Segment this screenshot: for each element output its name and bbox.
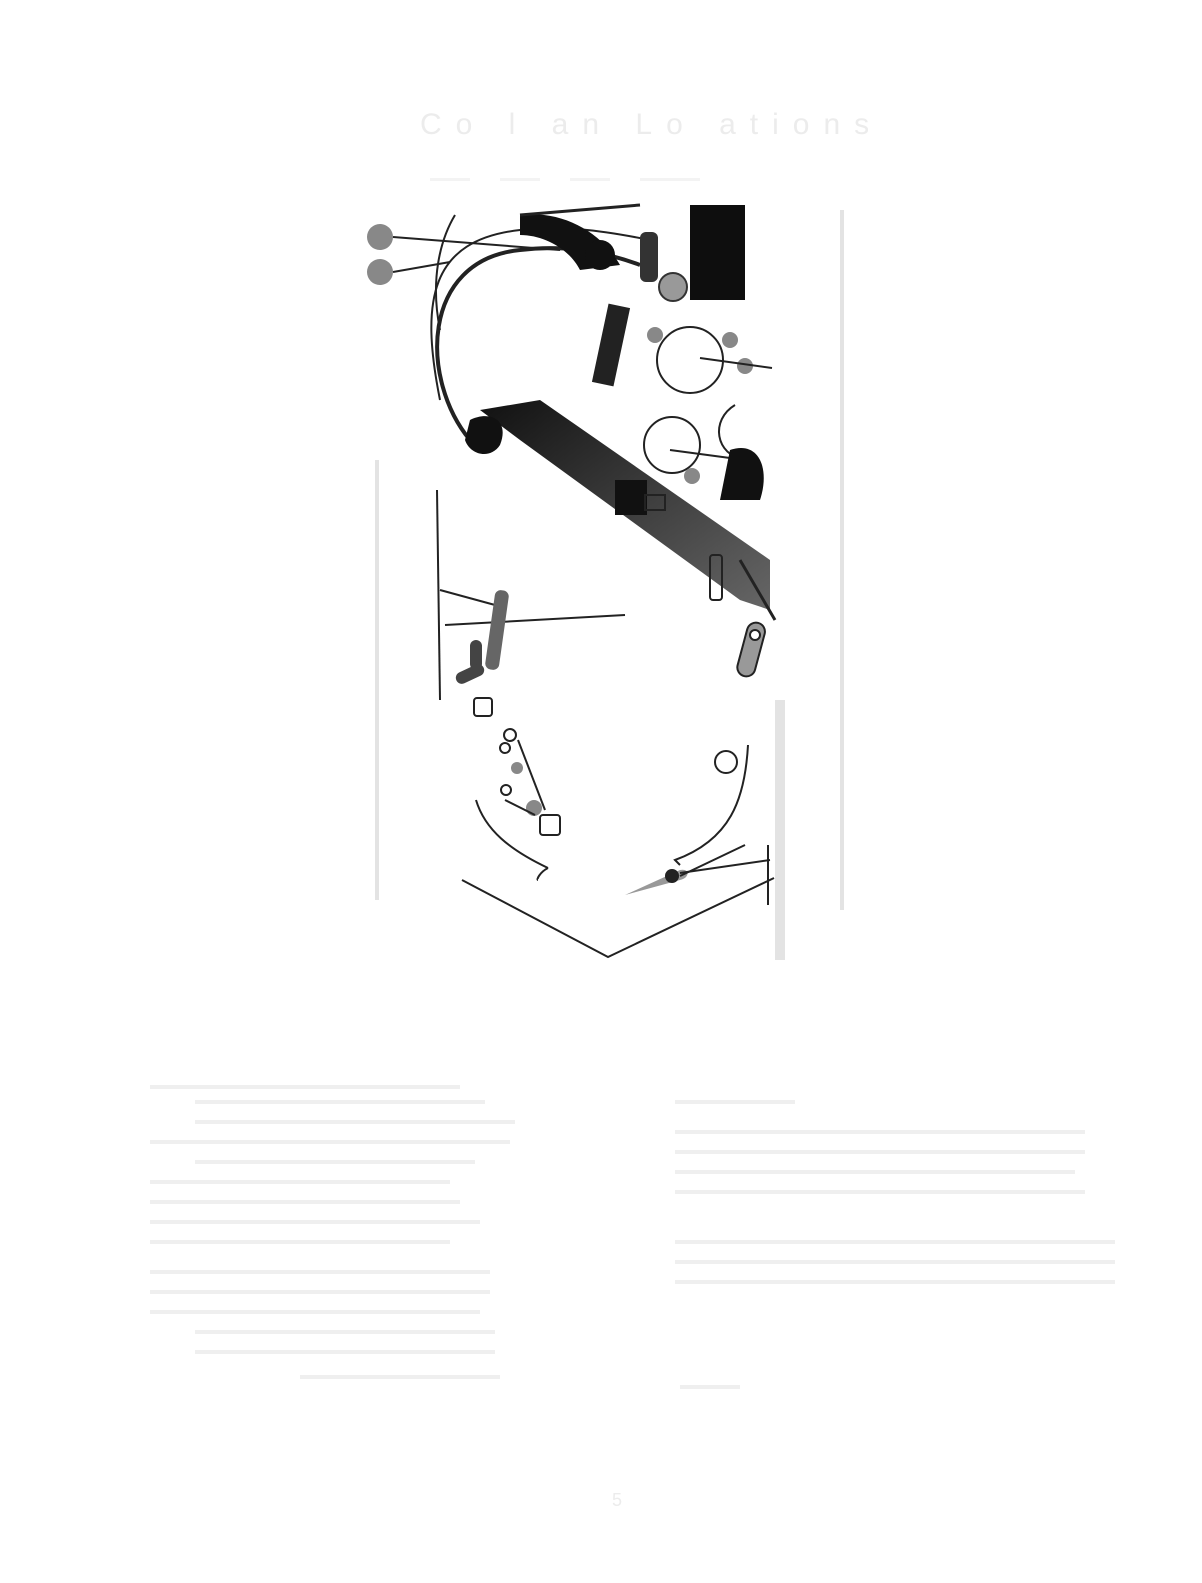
table-row: [680, 1385, 740, 1389]
table-row: [675, 1190, 1085, 1194]
table-row: [150, 1085, 460, 1089]
table-row: [150, 1200, 460, 1204]
table-row: [150, 1220, 480, 1224]
page-number: 5: [612, 1490, 622, 1511]
table-row: [675, 1170, 1075, 1174]
callout-marker: [367, 259, 393, 285]
table-row: [150, 1270, 490, 1274]
table-row: [675, 1150, 1085, 1154]
table-row: [675, 1260, 1115, 1264]
playfield-diagram: [0, 0, 1202, 1583]
table-row: [150, 1290, 490, 1294]
table-row: [150, 1140, 510, 1144]
table-row: [150, 1310, 480, 1314]
table-row: [675, 1100, 795, 1104]
table-row: [195, 1350, 495, 1354]
table-row: [195, 1160, 475, 1164]
table-row: [675, 1130, 1085, 1134]
callout-marker: [367, 224, 393, 250]
table-row: [300, 1375, 500, 1379]
table-row: [195, 1120, 515, 1124]
table-row: [195, 1330, 495, 1334]
table-row: [195, 1100, 485, 1104]
table-row: [150, 1240, 450, 1244]
table-row: [675, 1280, 1115, 1284]
table-row: [150, 1180, 450, 1184]
table-row: [675, 1240, 1115, 1244]
